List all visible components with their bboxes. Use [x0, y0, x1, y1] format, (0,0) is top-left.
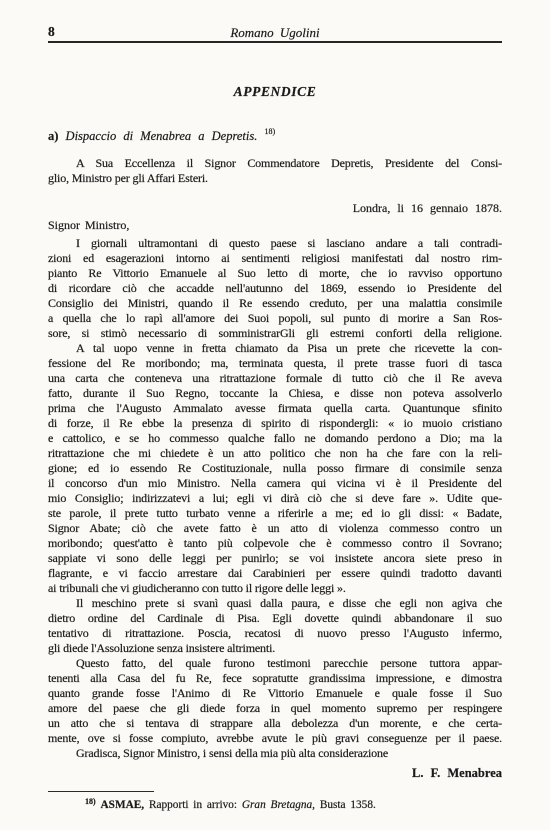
letter-line: A Sua Eccellenza il Signor Commendatore …	[48, 156, 502, 171]
letter-line: Gradisca, Signor Ministro, i sensi della…	[48, 746, 502, 761]
letter-line: dietro ordine del Cardinale di Pisa. Egl…	[48, 611, 502, 626]
section-heading: a) Dispaccio di Menabrea a Depretis. 18)	[48, 127, 502, 144]
letter-line: glio, Ministro per gli Affari Esteri.	[48, 171, 502, 186]
footnote-description: Rapporti in arrivo:	[149, 799, 237, 811]
letter-line: Signor Abate; ciò che avete fatto è un a…	[48, 521, 502, 536]
letter-line: di ricordare ciò che accadde nell'autunn…	[48, 281, 502, 296]
letter-line: e cattolico, e se ho commesso qualche fa…	[48, 431, 502, 446]
letter-line: mio Consiglio; indirizzatevi a lui; egli…	[48, 491, 502, 506]
footnote-ref: 18)	[264, 127, 275, 136]
letter-line: quanto grande fosse l'Animo di Re Vittor…	[48, 686, 502, 701]
letter-line: Consiglio dei Ministri, quando il Re ess…	[48, 296, 502, 311]
page-header: 8 Romano Ugolini	[48, 24, 502, 42]
footnote: 18) ASMAE, Rapporti in arrivo: Gran Bret…	[48, 797, 539, 811]
letter-line: Questo fatto, del quale furono testimoni…	[48, 656, 502, 671]
section-heading-title: Dispaccio di Menabrea a Depretis.	[66, 129, 258, 143]
letter-paragraph: Gradisca, Signor Ministro, i sensi della…	[48, 746, 502, 761]
letter-line: un atto che si tentava di strappare alla…	[48, 716, 502, 731]
footnote-separator	[48, 791, 154, 792]
letter-line: ai tribunali che vi giudicheranno con tu…	[48, 581, 502, 596]
letter-line: fatto, durante il Suo Regno, toccante la…	[48, 386, 502, 401]
letter-line: pianto Re Vittorio Emanuele al Suo letto…	[48, 266, 502, 281]
appendix-title: APPENDICE	[48, 84, 502, 100]
letter-paragraph: A tal uopo venne in fretta chiamato da P…	[48, 341, 502, 596]
letter-line: di forze, il Re ebbe la presenza di spir…	[48, 416, 502, 431]
letter-line: gli diede l'Assoluzione senza insistere …	[48, 641, 502, 656]
letter-line: il concorso d'un mio Ministro. Nella cam…	[48, 476, 502, 491]
section-heading-label: a)	[48, 129, 58, 143]
letter-line: sappiate vi sono delle leggi per punirlo…	[48, 551, 502, 566]
letter-line: flagrante, e vi faccio arrestare dai Car…	[48, 566, 502, 581]
letter-line: fessione del Re moribondo; ma, terminata…	[48, 356, 502, 371]
letter-line: sore, si stimò necessario di somministra…	[48, 326, 502, 341]
footnote-marker: 18)	[85, 797, 96, 806]
header-rule	[48, 41, 502, 43]
letter-line: I giornali ultramontani di questo paese …	[48, 236, 502, 251]
letter-line: gione; ed io essendo Re Costituzionale, …	[48, 461, 502, 476]
letter-line: prima che l'Augusto Ammalato avesse firm…	[48, 401, 502, 416]
letter-dateline: Londra, li 16 gennaio 1878.	[48, 201, 502, 216]
letter-line: amore del paese che gli diede forza in q…	[48, 701, 502, 716]
letter-line: zioni ed esagerazioni intorno ai sentime…	[48, 251, 502, 266]
letter-line: tenenti alla Casa del fu Re, fece soprat…	[48, 671, 502, 686]
letter-greeting: Signor Ministro,	[48, 218, 502, 233]
letter-line: ritrattazione che mi chiedete è un atto …	[48, 446, 502, 461]
letter-signature: L. F. Menabrea	[48, 766, 504, 781]
letter-line: tentativo di ritrattazione. Poscia, reca…	[48, 626, 502, 641]
footnote-source: ASMAE,	[101, 799, 145, 811]
running-title: Romano Ugolini	[48, 25, 502, 41]
letter-line: Il meschino prete si svanì quasi dalla p…	[48, 596, 502, 611]
letter-paragraph: I giornali ultramontani di questo paese …	[48, 236, 502, 341]
letter-paragraph: Questo fatto, del quale furono testimoni…	[48, 656, 502, 746]
letter-line: a quella che lo rapì all'amore dei Suoi …	[48, 311, 502, 326]
footnote-busta: Busta 1358.	[320, 799, 376, 811]
letter-line: ste parole, il prete tutto turbato venne…	[48, 506, 502, 521]
letter-intro: A Sua Eccellenza il Signor Commendatore …	[48, 156, 502, 186]
scanned-book-page: 8 Romano Ugolini APPENDICE a) Dispaccio …	[0, 0, 550, 830]
footnote-work: Gran Bretagna,	[242, 799, 315, 811]
letter-body: I giornali ultramontani di questo paese …	[48, 236, 502, 761]
letter-line: una carta che conteneva una ritrattazion…	[48, 371, 502, 386]
letter-line: mente, ove si fosse compiuto, avrebbe av…	[48, 731, 502, 746]
letter-line: A tal uopo venne in fretta chiamato da P…	[48, 341, 502, 356]
letter-paragraph: Il meschino prete si svanì quasi dalla p…	[48, 596, 502, 656]
letter-line: moribondo; quest'atto è tanto più colpev…	[48, 536, 502, 551]
